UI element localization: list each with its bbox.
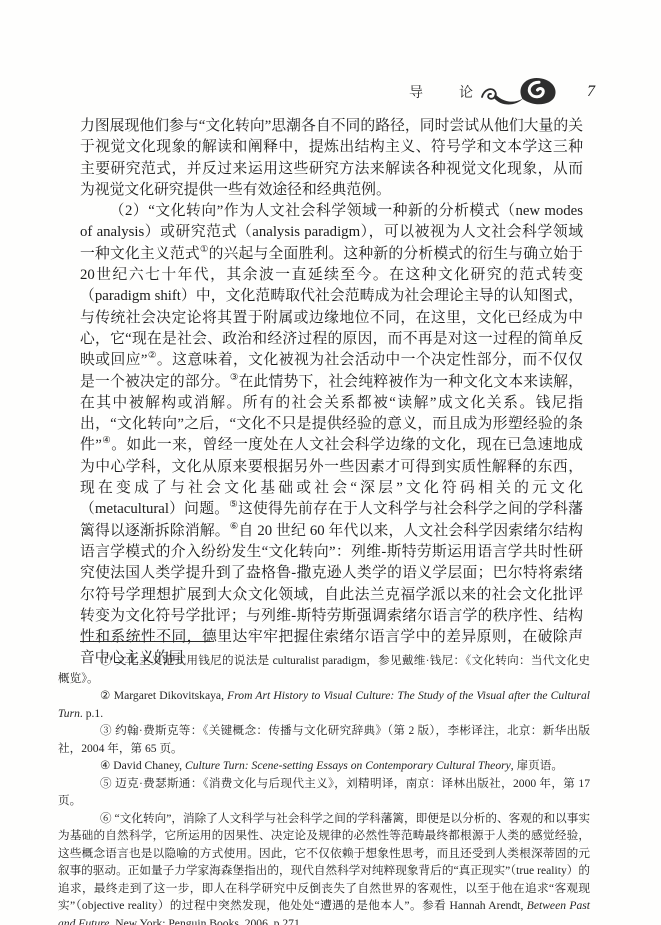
body-text: 力图展现他们参与“文化转向”思潮各自不同的路径，同时尝试从他们大量的关于视觉文化…: [80, 116, 583, 670]
body-paragraphs: 力图展现他们参与“文化转向”思潮各自不同的路径，同时尝试从他们大量的关于视觉文化…: [80, 116, 583, 670]
footnote-item: ② Margaret Dikovitskaya, From Art Histor…: [58, 687, 590, 722]
page-header: 导 论 7: [0, 76, 595, 108]
footnote-separator: [80, 641, 211, 642]
running-title-gap: [423, 82, 459, 102]
book-page: 导 论 7 力图展现他们参与“文化转向”思潮各自不同的路径，同时尝试从他们大量的…: [0, 0, 661, 925]
footnote-text: ⑥ “文化转向”，消除了人文科学与社会科学之间的学科藩篱，即便是以分析的、客观的…: [58, 812, 590, 913]
running-title: 导 论: [409, 82, 473, 102]
footnote-text: ② Margaret Dikovitskaya,: [100, 689, 227, 702]
footnote-text: ④ David Chaney,: [100, 759, 185, 772]
footnotes-section: ① 文化主义范式用钱尼的说法是 culturalist paradigm，参见戴…: [58, 652, 590, 925]
footnote-item: ④ David Chaney, Culture Turn: Scene-sett…: [58, 757, 590, 775]
footnote-text: . p.1.: [80, 707, 103, 720]
cloud-scroll-ornament-icon: [479, 76, 571, 108]
footnote-text: . New York: Penguin Books, 2006, p.271.: [109, 917, 302, 925]
footnote-item: ⑥ “文化转向”，消除了人文科学与社会科学之间的学科藩篱，即便是以分析的、客观的…: [58, 810, 590, 925]
footnote-item: ⑤ 迈克·费瑟斯通：《消费文化与后现代主义》，刘精明译，南京：译林出版社，200…: [58, 775, 590, 810]
footnotes-list: ① 文化主义范式用钱尼的说法是 culturalist paradigm，参见戴…: [58, 652, 590, 925]
footnote-reference: ②: [148, 351, 157, 361]
footnote-item: ① 文化主义范式用钱尼的说法是 culturalist paradigm，参见戴…: [58, 652, 590, 687]
footnote-text: , 扉页语。: [511, 759, 563, 772]
footnote-book-title: Culture Turn: Scene-setting Essays on Co…: [185, 759, 511, 772]
running-title-char-right: 论: [459, 82, 473, 102]
footnote-reference: ⑥: [230, 522, 239, 532]
page-number: 7: [587, 83, 595, 101]
footnote-item: ③ 约翰·费斯克等：《关键概念：传播与文化研究辞典》（第 2 版），李彬译注，北…: [58, 722, 590, 757]
footnote-reference: ⑤: [229, 500, 238, 510]
paragraph: （2）“文化转向”作为人文社会科学领域一种新的分析模式（new modes of…: [80, 201, 583, 670]
footnote-text: ⑤ 迈克·费瑟斯通：《消费文化与后现代主义》，刘精明译，南京：译林出版社，200…: [58, 777, 590, 808]
footnote-text: ③ 约翰·费斯克等：《关键概念：传播与文化研究辞典》（第 2 版），李彬译注，北…: [58, 724, 590, 755]
paragraph: 力图展现他们参与“文化转向”思潮各自不同的路径，同时尝试从他们大量的关于视觉文化…: [80, 116, 583, 201]
running-title-char-left: 导: [409, 82, 423, 102]
footnote-reference: ③: [230, 373, 239, 383]
footnote-reference: ①: [200, 245, 209, 255]
footnote-reference: ④: [102, 437, 111, 447]
footnote-text: ① 文化主义范式用钱尼的说法是 culturalist paradigm，参见戴…: [58, 654, 590, 685]
